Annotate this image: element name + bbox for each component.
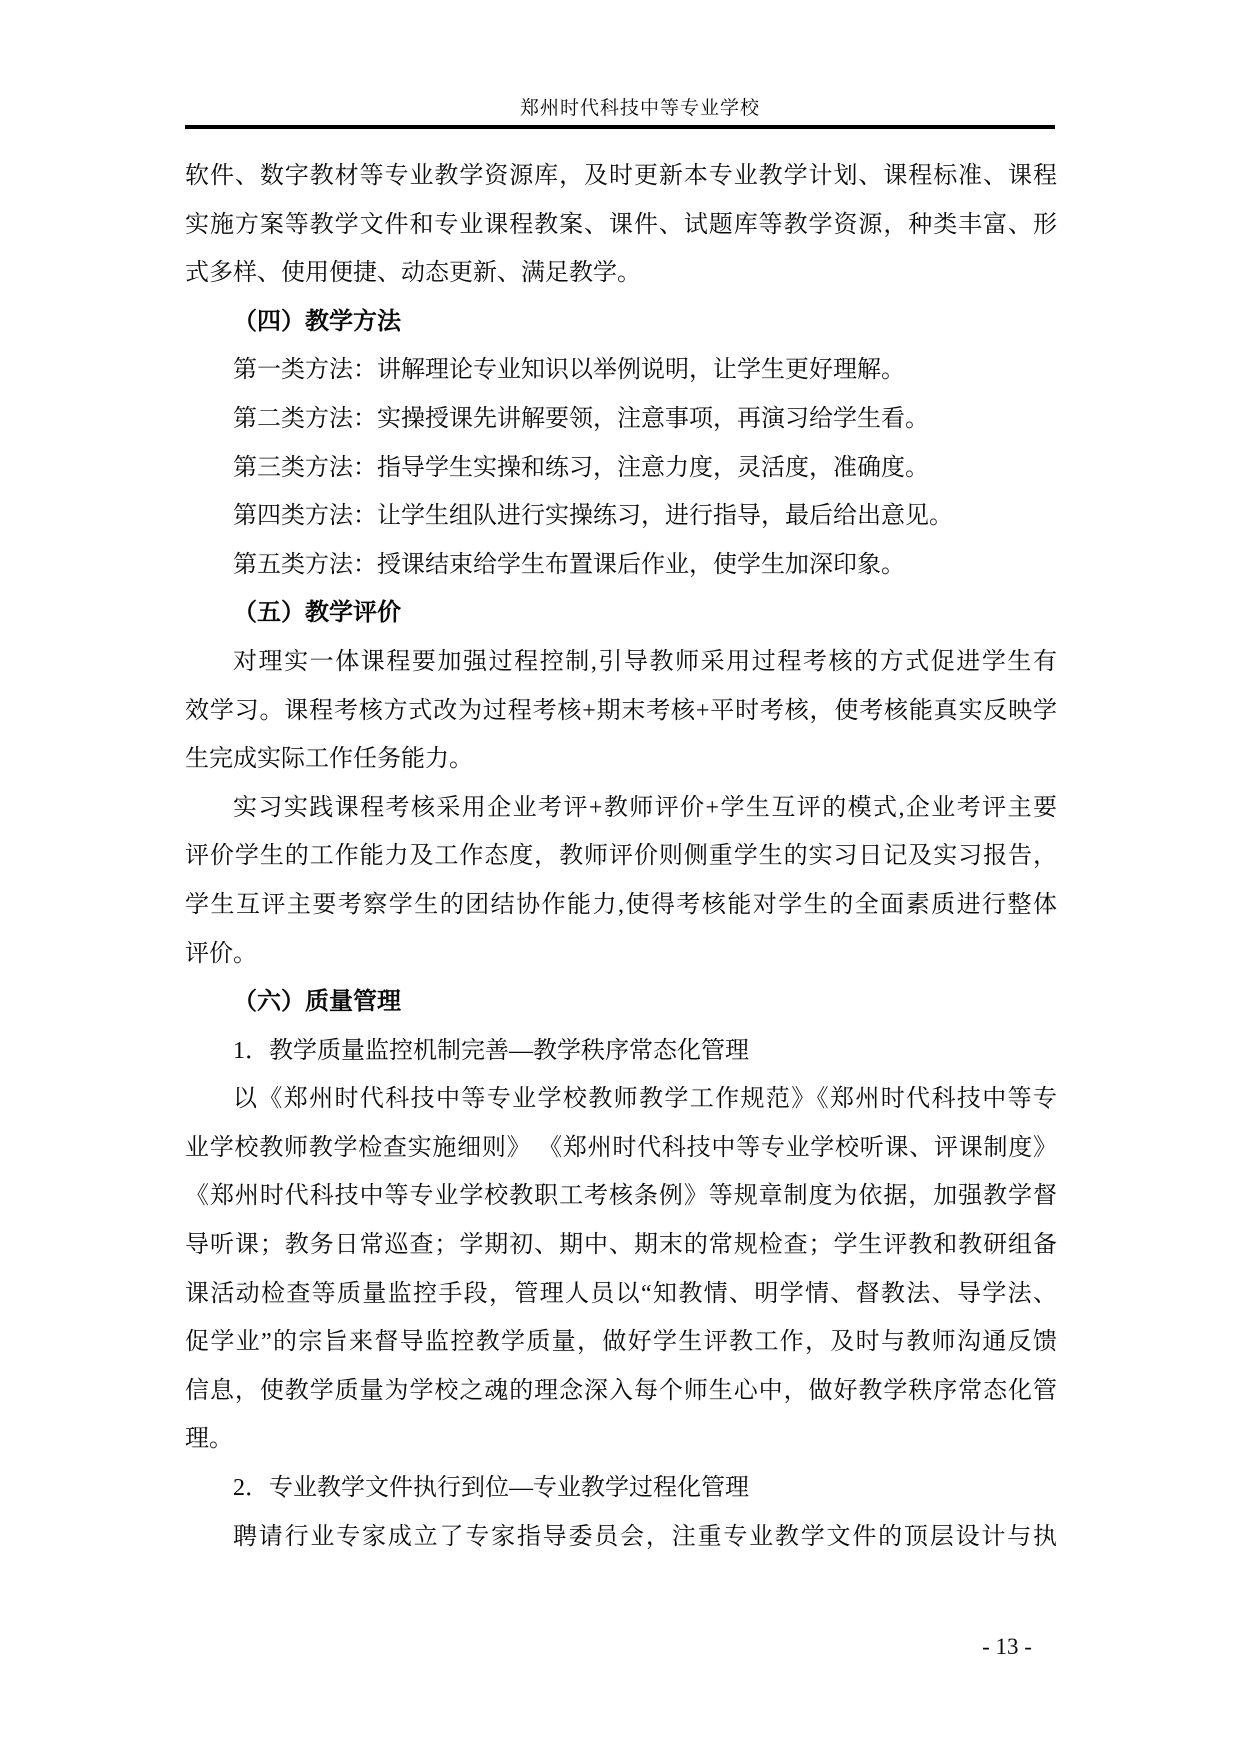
text-line: 促学业”的宗旨来督导监控教学质量，做好学生评教工作，及时与教师沟通反馈	[185, 1318, 1057, 1367]
header-divider-rule	[185, 125, 1055, 129]
text-line: 理。	[185, 1415, 1057, 1464]
text-line: 业学校教师教学检查实施细则》 《郑州时代科技中等专业学校听课、评课制度》	[185, 1124, 1057, 1173]
text-line: 生完成实际工作任务能力。	[185, 735, 1057, 784]
text-line: 以《郑州时代科技中等专业学校教师教学工作规范》《郑州时代科技中等专	[185, 1075, 1057, 1124]
document-body: 软件、数字教材等专业教学资源库，及时更新本专业教学计划、课程标准、课程 实施方案…	[185, 152, 1057, 1561]
text-line: 软件、数字教材等专业教学资源库，及时更新本专业教学计划、课程标准、课程	[185, 152, 1057, 201]
section-heading: （五）教学评价	[185, 589, 1057, 638]
text-line: 效学习。课程考核方式改为过程考核+期末考核+平时考核，使考核能真实反映学	[185, 687, 1057, 736]
text-line: 实习实践课程考核采用企业考评+教师评价+学生互评的模式,企业考评主要	[185, 784, 1057, 833]
text-line: 导听课；教务日常巡查；学期初、期中、期末的常规检查；学生评教和教研组备	[185, 1221, 1057, 1270]
text-line: 对理实一体课程要加强过程控制,引导教师采用过程考核的方式促进学生有	[185, 638, 1057, 687]
text-line: 评价学生的工作能力及工作态度，教师评价则侧重学生的实习日记及实习报告，	[185, 832, 1057, 881]
section-heading: （四）教学方法	[185, 298, 1057, 347]
text-line: 第二类方法：实操授课先讲解要领，注意事项，再演习给学生看。	[185, 395, 1057, 444]
text-line: 第一类方法：讲解理论专业知识以举例说明，让学生更好理解。	[185, 346, 1057, 395]
page-number: - 13 -	[937, 1632, 1077, 1662]
text-line: 学生互评主要考察学生的团结协作能力,使得考核能对学生的全面素质进行整体	[185, 881, 1057, 930]
page-header-school-name: 郑州时代科技中等专业学校	[185, 96, 1095, 122]
document-page: 郑州时代科技中等专业学校 软件、数字教材等专业教学资源库，及时更新本专业教学计划…	[0, 0, 1241, 1754]
text-line: 第四类方法：让学生组队进行实操练习，进行指导，最后给出意见。	[185, 492, 1057, 541]
text-line: 实施方案等教学文件和专业课程教案、课件、试题库等教学资源，种类丰富、形	[185, 201, 1057, 250]
section-heading: （六）质量管理	[185, 978, 1057, 1027]
text-line: 第三类方法：指导学生实操和练习，注意力度，灵活度，准确度。	[185, 444, 1057, 493]
text-line: 式多样、使用便捷、动态更新、满足教学。	[185, 249, 1057, 298]
numbered-subheading: 1．教学质量监控机制完善—教学秩序常态化管理	[185, 1027, 1057, 1076]
numbered-subheading: 2．专业教学文件执行到位—专业教学过程化管理	[185, 1464, 1057, 1513]
text-line: 聘请行业专家成立了专家指导委员会，注重专业教学文件的顶层设计与执	[185, 1513, 1057, 1562]
text-line: 第五类方法：授课结束给学生布置课后作业，使学生加深印象。	[185, 541, 1057, 590]
text-line: 《郑州时代科技中等专业学校教职工考核条例》等规章制度为依据，加强教学督	[185, 1172, 1057, 1221]
text-line: 评价。	[185, 930, 1057, 979]
text-line: 课活动检查等质量监控手段，管理人员以“知教情、明学情、督教法、导学法、	[185, 1270, 1057, 1319]
text-line: 信息，使教学质量为学校之魂的理念深入每个师生心中，做好教学秩序常态化管	[185, 1367, 1057, 1416]
